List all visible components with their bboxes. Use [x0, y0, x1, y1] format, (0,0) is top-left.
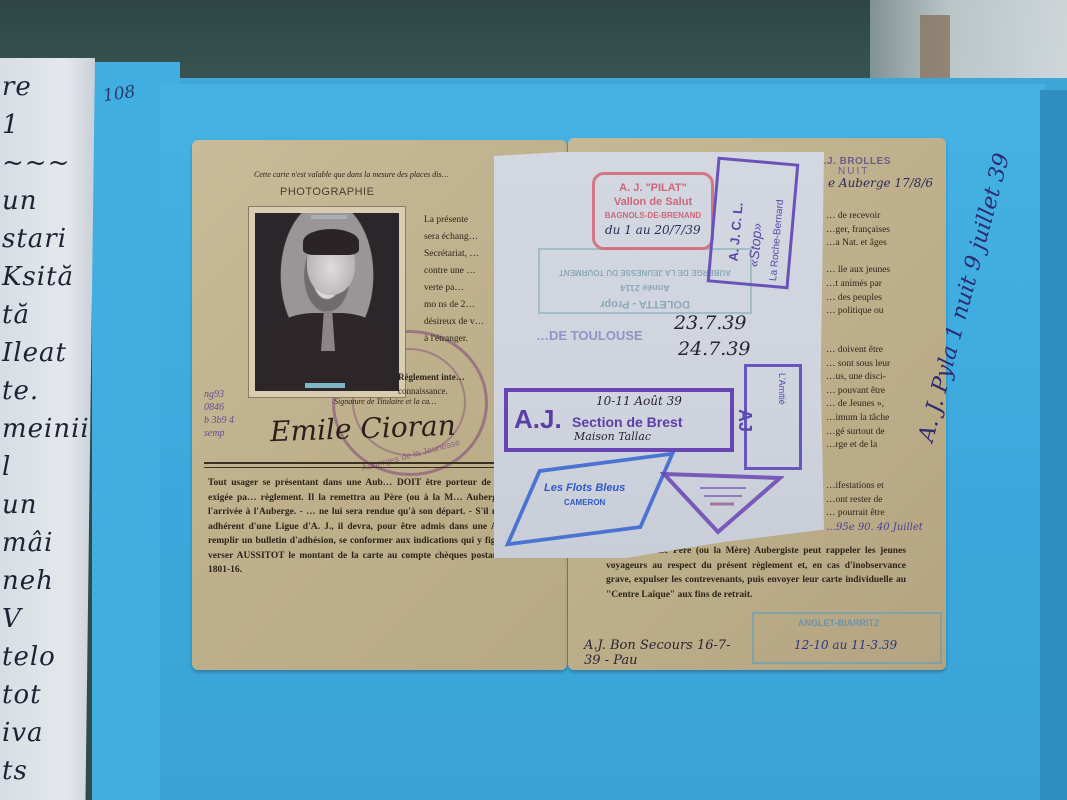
id-photo [255, 213, 399, 391]
stamp-bleus-line2: CAMERON [564, 498, 605, 507]
handwritten-bottom: A.J. Bon Secours 16-7- 39 - Pau [584, 638, 731, 668]
letter-line: un [2, 186, 38, 216]
triangle-stamp-shape [660, 470, 784, 536]
stamp-brest: A.J. 10-11 Août 39 Section de Brest Mais… [504, 388, 734, 452]
letter-line: Ileat [2, 338, 67, 368]
stamp-pilat-line2: Vallon de Salut [595, 195, 711, 209]
stamp-ajcl-line3: La Roche-Bernard [768, 199, 786, 281]
right-text-col3: …ifestations et …ont rester de … pourrai… [826, 480, 885, 521]
letter-line: tă [2, 300, 30, 330]
handwritten-date-from: 23.7.39 [674, 312, 747, 334]
stamp-doletta-line1: DOLETTA - Propr [540, 296, 750, 312]
letter-line: V [2, 604, 22, 634]
handwritten-small: …95e 90. 40 Juillet [826, 522, 923, 533]
right-text-col1: … de recevoir …ger, françaises …a Nat. e… [826, 210, 890, 319]
stamp-flots-bleus: Les Flots Bleus CAMERON [516, 454, 656, 534]
letter-line: meinii [2, 414, 90, 444]
handwritten-date-to: 24.7.39 [678, 338, 751, 360]
letter-line: telo [2, 642, 56, 672]
stamp-ajcl-line1: A. J. C. L. [726, 202, 746, 262]
letter-line: te. [2, 376, 39, 406]
stamp-brest-date: 10-11 Août 39 [596, 394, 682, 408]
stamp-pilat-line3: BAGNOLS-DE-BRENAND [595, 209, 711, 223]
right-text-col2: … doivent être … sont sous leur …us, une… [826, 344, 890, 453]
letter-line: ts [2, 756, 28, 786]
letter-line: iva [2, 718, 44, 748]
stamp-anglet: ANGLET-BIARRITZ 12-10 au 11-3.39 [752, 612, 942, 664]
stamp-anglet-text: ANGLET-BIARRITZ [798, 618, 880, 628]
stamp-pilat: A. J. "PILAT" Vallon de Salut BAGNOLS-DE… [592, 172, 714, 250]
stamp-amitie-line2: L'Amitié [777, 373, 787, 405]
folder-edge [1040, 90, 1067, 800]
stamp-amitie-aj: AJ [734, 409, 755, 432]
id-photo-frame [248, 206, 406, 398]
background-window [870, 0, 1067, 80]
purple-annotation: ng93 0846 b 3b9 4 semp [204, 388, 234, 440]
rules-paragraph: Tout usager se présentant dans une Aub… … [208, 476, 528, 578]
stamp-pilat-line1: A. J. "PILAT" [595, 181, 711, 195]
letter-line: stari [2, 224, 67, 254]
stamp-triangle [660, 470, 784, 536]
photo-clip-bottom [305, 383, 345, 388]
photo-hair [303, 229, 359, 255]
window-frame [920, 15, 950, 80]
rules-text-2: connaissance. [398, 386, 448, 396]
handwritten-top: e Auberge 17/8/6 [828, 176, 933, 190]
letter-line: mâi [2, 528, 53, 558]
stamp-brest-section: Section de Brest [572, 414, 682, 430]
letter-line: l [2, 452, 11, 482]
exchange-text: La présente sera échang… Secrétariat, … … [424, 212, 484, 348]
letter-line: re [2, 72, 32, 102]
handwritten-letter: re1~~~unstariKsitătăIleatte.meiniilunmâi… [0, 58, 95, 800]
stamp-slip: DOLETTA - Propr Année 2114 AUBERGE DE LA… [494, 152, 824, 558]
letter-line: un [2, 490, 38, 520]
stamp-anglet-date: 12-10 au 11-3.39 [794, 638, 897, 652]
stamp-amitie: AJ L'Amitié [744, 364, 802, 470]
letter-line: tot [2, 680, 42, 710]
photo-clip-top [311, 215, 347, 219]
stamp-ajcl: A. J. C. L. «Stop» La Roche-Bernard [707, 157, 800, 290]
stamp-pilat-date: du 1 au 20/7/39 [595, 223, 711, 237]
stamp-bleus-line1: Les Flots Bleus [544, 482, 625, 494]
letter-line: neh [2, 566, 54, 596]
letter-line: Ksită [2, 262, 74, 292]
stamp-brest-aj: A.J. [514, 404, 562, 435]
letter-line: ~~~ [2, 148, 70, 178]
letter-line: 1 [2, 110, 20, 140]
holder-signature: Emile Cioran [269, 409, 456, 448]
stamp-brest-note: Maison Tallac [574, 430, 651, 443]
signature-label: Signature de Titulaire et la ca… [334, 397, 436, 406]
stamp-ajcl-line2: «Stop» [745, 222, 765, 268]
stamp-toulouse-label: …DE TOULOUSE [536, 328, 643, 343]
photo-label: PHOTOGRAPHIE [280, 186, 374, 198]
validity-note: Cette carte n'est valable que dans la me… [254, 170, 449, 179]
rules-text: Règlement inte… [398, 372, 465, 382]
